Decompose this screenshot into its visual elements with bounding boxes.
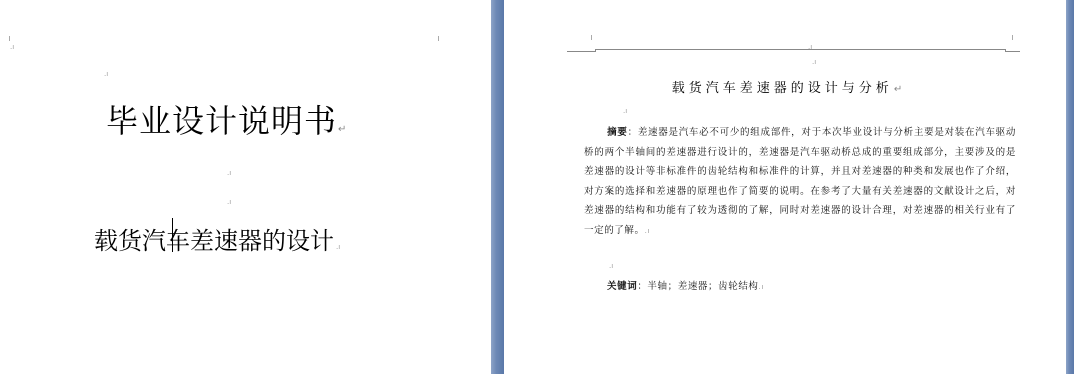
paragraph-mark: ↵ <box>894 84 906 95</box>
document-title: 载货汽车差速器的设计与分析↵ <box>504 77 1066 96</box>
keywords-line[interactable]: 关键词：半轴；差速器；齿轮结构.ı <box>607 278 764 292</box>
text-cursor <box>172 218 173 252</box>
abstract-label: 摘要 <box>607 127 628 138</box>
document-page-2[interactable]: .ı .ı 载货汽车差速器的设计与分析↵ .ı 摘要：差速器是汽车必不可少的组成… <box>504 0 1066 374</box>
abstract-text: 差速器是汽车必不可少的组成部件，对于本次毕业设计与分析主要是对装在汽车驱动桥的两… <box>584 127 1016 236</box>
paragraph-mark: .ı <box>759 283 764 291</box>
paragraph-mark: .ı <box>609 263 613 270</box>
cover-subtitle[interactable]: 载货汽车差速器的设计.ı <box>94 221 340 256</box>
header-rule <box>1005 51 1020 52</box>
margin-corner-mark <box>591 35 592 40</box>
document-page-1[interactable]: .ı .ı 毕业设计说明书↵ .ı .ı 载货汽车差速器的设计.ı <box>0 0 491 374</box>
paragraph-mark: .ı <box>645 227 650 235</box>
abstract-paragraph[interactable]: 摘要：差速器是汽车必不可少的组成部件，对于本次毕业设计与分析主要是对装在汽车驱动… <box>584 123 1016 240</box>
header-rule <box>567 51 595 52</box>
keywords-text: 半轴；差速器；齿轮结构 <box>647 281 758 292</box>
paragraph-mark: .ı <box>812 59 816 66</box>
cover-title: 毕业设计说明书↵ <box>106 96 347 142</box>
paragraph-mark: .ı <box>623 108 627 115</box>
paragraph-mark: ↵ <box>338 124 347 135</box>
paragraph-mark: .ı <box>336 243 340 251</box>
page-gap <box>491 0 504 374</box>
paragraph-mark: .ı <box>227 170 231 177</box>
paragraph-mark: .ı <box>104 71 108 78</box>
keywords-label: 关键词 <box>607 281 637 292</box>
header-paragraph-mark: .ı <box>808 44 812 51</box>
margin-corner-mark <box>9 36 10 41</box>
margin-corner-mark <box>1012 35 1013 40</box>
page-edge <box>1066 0 1074 374</box>
paragraph-mark: .ı <box>227 199 231 206</box>
header-rule <box>595 49 1005 50</box>
margin-corner-mark <box>438 36 439 41</box>
paragraph-mark: .ı <box>10 44 14 51</box>
